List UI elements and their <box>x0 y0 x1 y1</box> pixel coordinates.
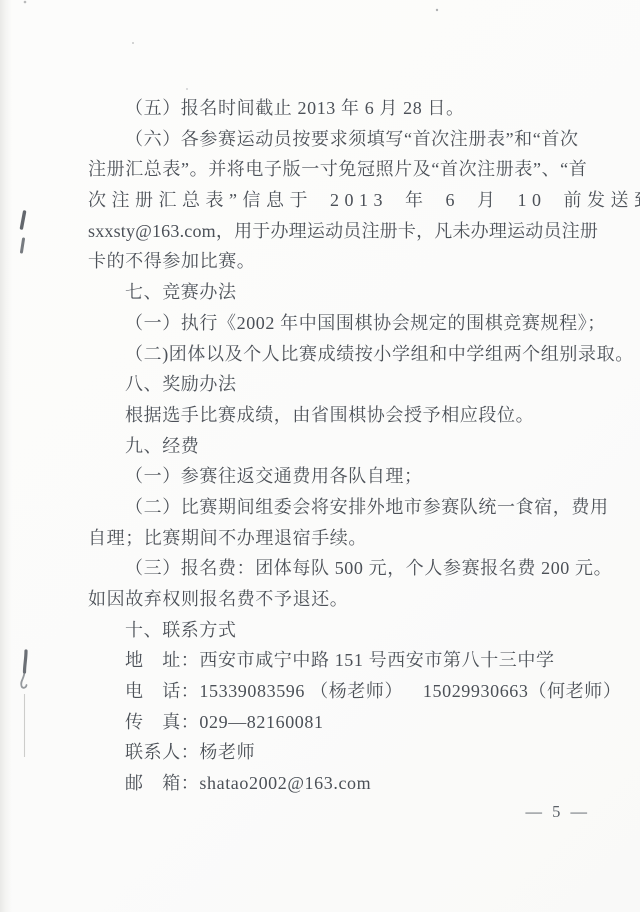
doc-line: （一）参赛往返交通费用各队自理； <box>0 461 640 492</box>
dust-speck <box>436 9 438 11</box>
section-heading: 九、经费 <box>0 431 640 462</box>
doc-line: （六）各参赛运动员按要求须填写“首次注册表”和“首次 <box>0 124 640 155</box>
doc-line: 根据选手比赛成绩，由省围棋协会授予相应段位。 <box>0 400 640 431</box>
contact-person: 联系人：杨老师 <box>0 737 640 768</box>
contact-address: 地 址：西安市咸宁中路 151 号西安市第八十三中学 <box>0 645 640 676</box>
doc-line: （三）报名费：团体每队 500 元，个人参赛报名费 200 元。 <box>0 553 640 584</box>
doc-line: 如因故弃权则报名费不予退还。 <box>0 584 640 615</box>
section-heading: 七、竞赛办法 <box>0 277 640 308</box>
contact-phone: 电 话：15339083596 （杨老师） 15029930663（何老师） <box>0 676 640 707</box>
doc-line: 次注册汇总表”信息于 2013 年 6 月 10 前发送到： <box>0 185 640 216</box>
doc-line-email: sxxsty@163.com，用于办理运动员注册卡，凡未办理运动员注册 <box>0 216 640 247</box>
dust-speck <box>132 42 134 44</box>
scanned-page: （五）报名时间截止 2013 年 6 月 28 日。 （六）各参赛运动员按要求须… <box>0 0 640 912</box>
doc-line: （二)团体以及个人比赛成绩按小学组和中学组两个组别录取。 <box>0 339 640 370</box>
section-heading: 十、联系方式 <box>0 615 640 646</box>
doc-line: （一）执行《2002 年中国围棋协会规定的围棋竞赛规程》； <box>0 308 640 339</box>
doc-line: 注册汇总表”。并将电子版一寸免冠照片及“首次注册表”、“首 <box>0 154 640 185</box>
contact-fax: 传 真：029—82160081 <box>0 707 640 738</box>
section-heading: 八、奖励办法 <box>0 369 640 400</box>
doc-line: 卡的不得参加比赛。 <box>0 246 640 277</box>
document-body: （五）报名时间截止 2013 年 6 月 28 日。 （六）各参赛运动员按要求须… <box>0 93 640 799</box>
page-number: — 5 — <box>526 802 591 822</box>
dust-speck <box>186 88 188 90</box>
contact-email: 邮 箱：shatao2002@163.com <box>0 768 640 799</box>
doc-line: （五）报名时间截止 2013 年 6 月 28 日。 <box>0 93 640 124</box>
doc-line: （二）比赛期间组委会将安排外地市参赛队统一食宿，费用 <box>0 492 640 523</box>
dust-speck <box>24 1 27 4</box>
doc-line: 自理；比赛期间不办理退宿手续。 <box>0 523 640 554</box>
